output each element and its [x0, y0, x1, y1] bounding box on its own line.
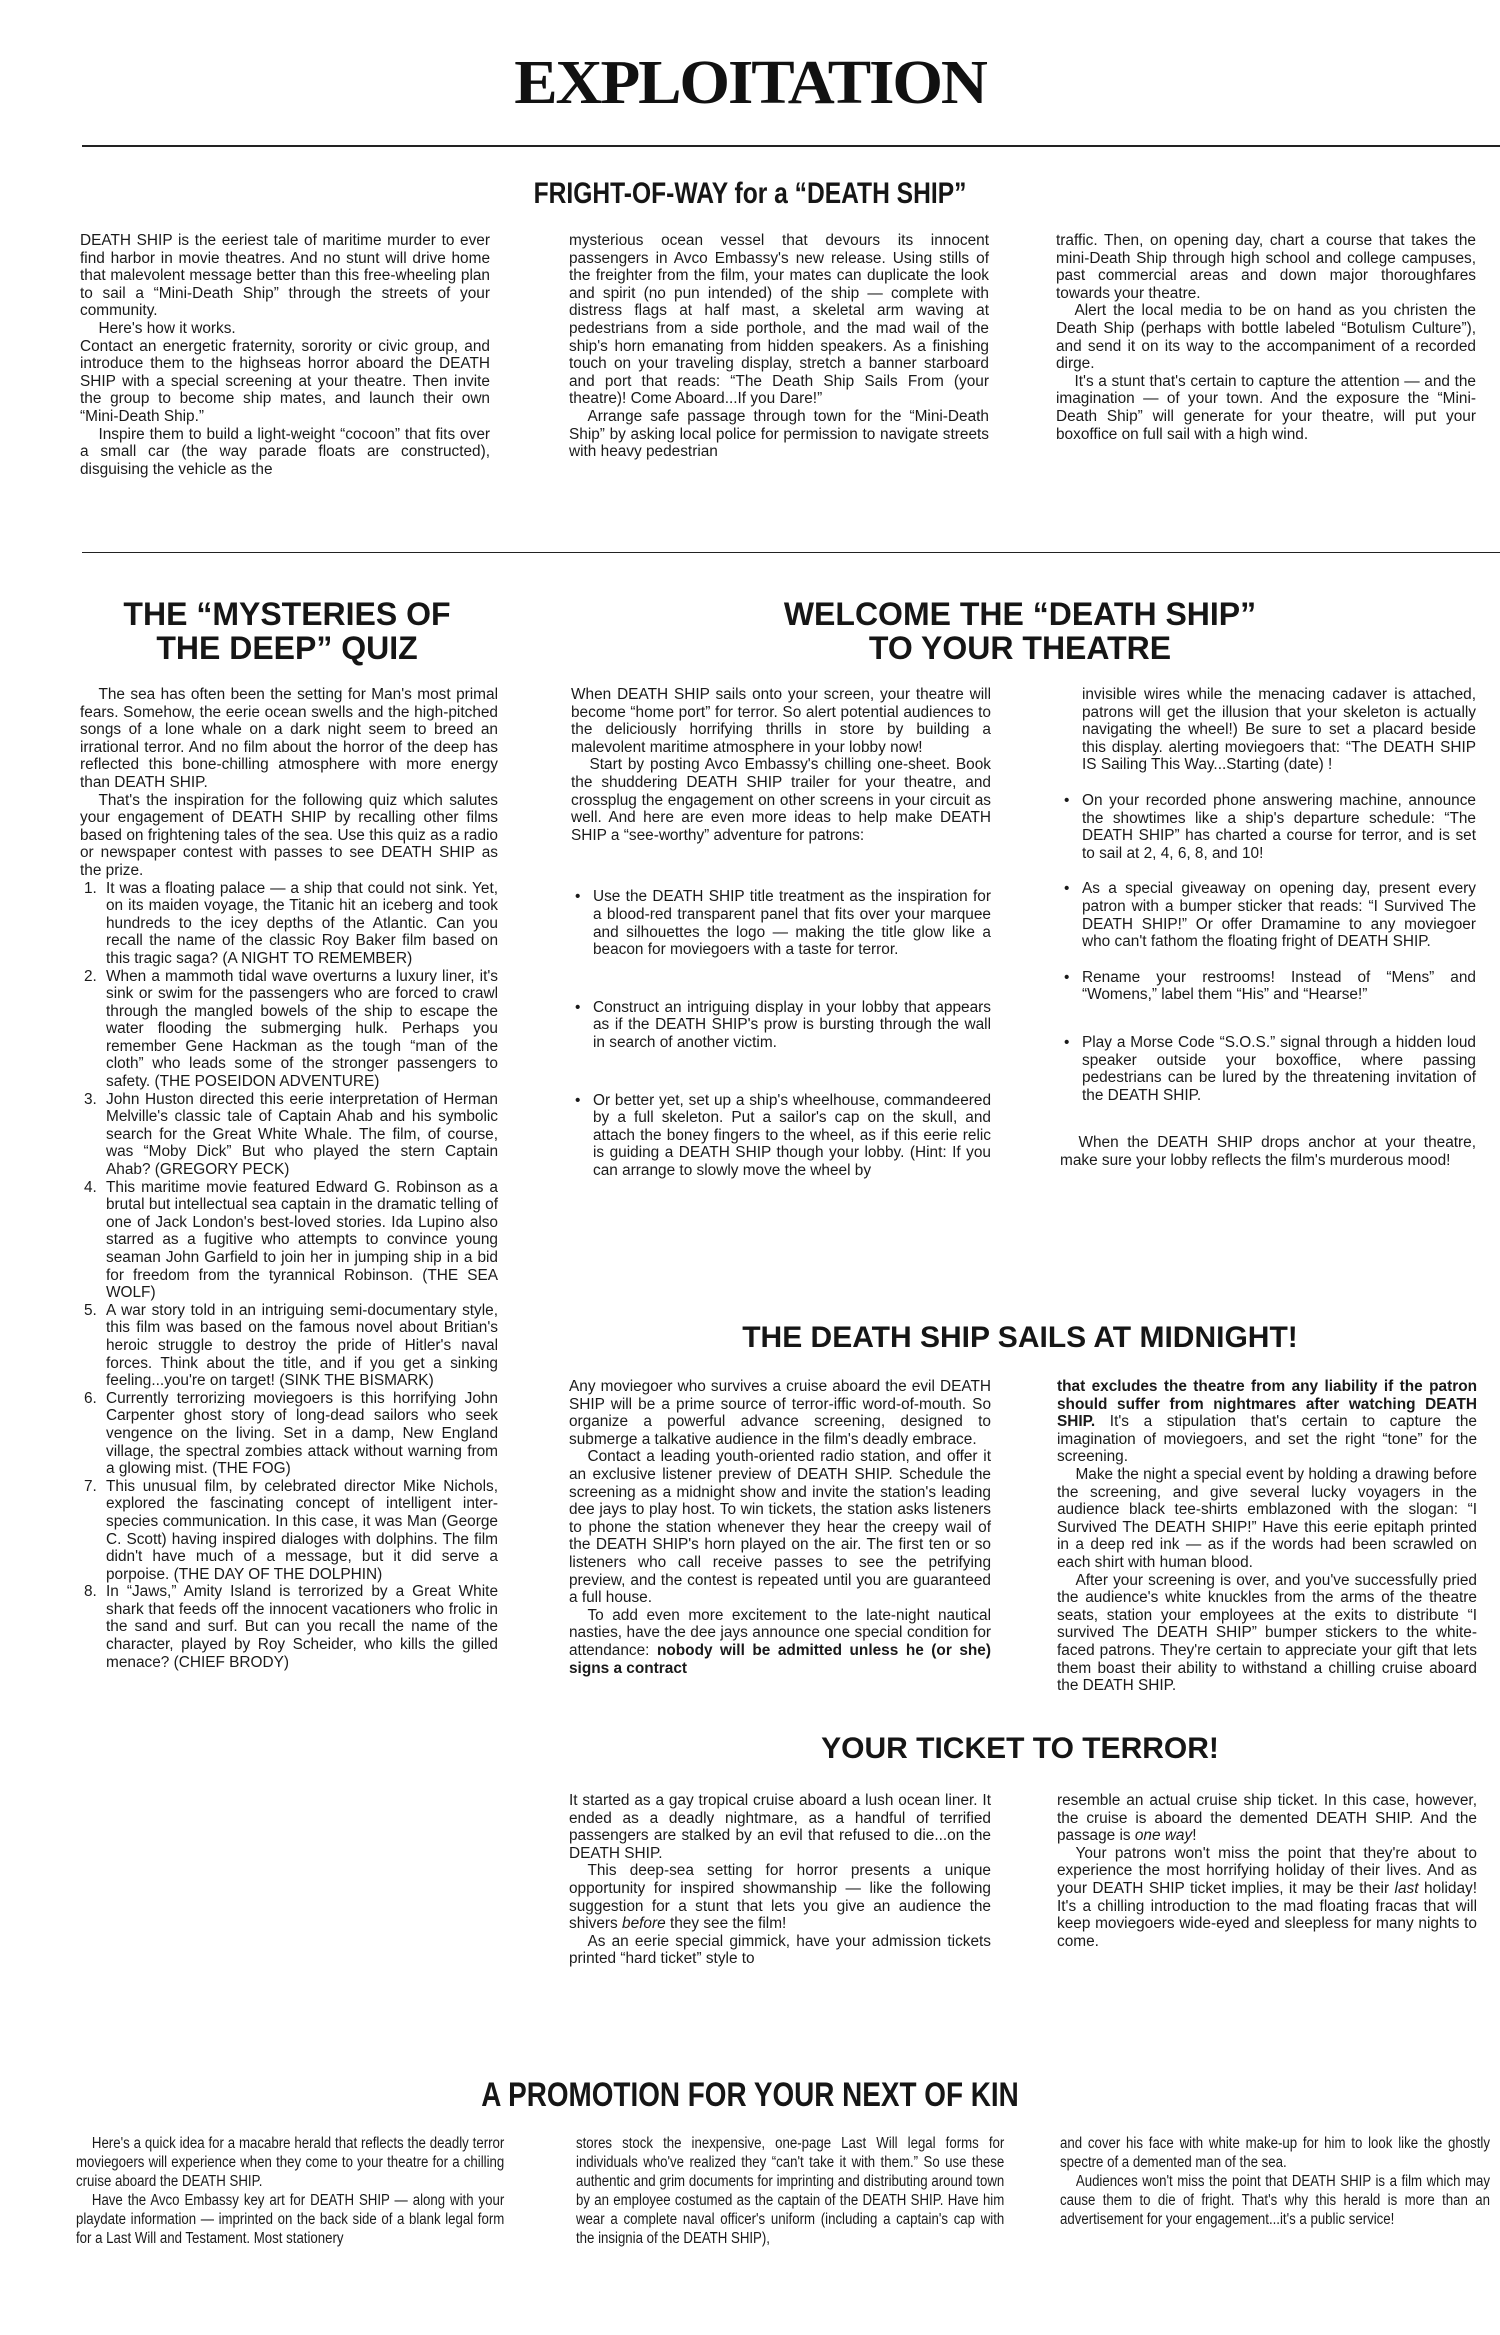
text-run: ! — [1192, 1827, 1196, 1844]
question-number: 2. — [84, 968, 97, 986]
paragraph: That's the inspiration for the following… — [80, 792, 498, 880]
section-title-midnight: THE DEATH SHIP SAILS AT MIDNIGHT! — [570, 1322, 1470, 1354]
section-title-welcome: WELCOME THE “DEATH SHIP” TO YOUR THEATRE — [570, 598, 1470, 665]
question-text: Currently terrorizing moviegoers is this… — [106, 1390, 498, 1477]
paragraph: To add even more excitement to the late-… — [569, 1607, 991, 1677]
section-divider — [82, 552, 1500, 553]
quiz-title-line-2: THE DEEP” QUIZ — [82, 632, 492, 666]
question-number: 3. — [84, 1091, 97, 1109]
bullet-icon: • — [1064, 880, 1069, 898]
paragraph: stores stock the inexpensive, one-page L… — [576, 2134, 1004, 2248]
bullet-item: •Play a Morse Code “S.O.S.” signal throu… — [1060, 1034, 1476, 1104]
paragraph: and cover his face with white make-up fo… — [1060, 2134, 1490, 2172]
ticket-column-2: resemble an actual cruise ship ticket. I… — [1057, 1792, 1477, 1950]
paragraph: invisible wires while the menacing cadav… — [1060, 686, 1476, 774]
paragraph: Have the Avco Embassy key art for DEATH … — [76, 2191, 504, 2248]
quiz-question: 8.In “Jaws,” Amity Island is terrorized … — [80, 1583, 498, 1671]
paragraph: mysterious ocean vessel that devours its… — [569, 232, 989, 408]
paragraph: that excludes the theatre from any liabi… — [1057, 1378, 1477, 1466]
paragraph: It started as a gay tropical cruise aboa… — [569, 1792, 991, 1862]
paragraph: When the DEATH SHIP drops anchor at your… — [1060, 1134, 1476, 1169]
paragraph: Start by posting Avco Embassy's chilling… — [571, 756, 991, 844]
section-title-fright-of-way: FRIGHT-OF-WAY for a “DEATH SHIP” — [381, 178, 1119, 210]
section-title-quiz: THE “MYSTERIES OF THE DEEP” QUIZ — [82, 598, 492, 665]
paragraph: Arrange safe passage through town for th… — [569, 408, 989, 461]
question-number: 5. — [84, 1302, 97, 1320]
paragraph: traffic. Then, on opening day, chart a c… — [1056, 232, 1476, 302]
bullet-text: Play a Morse Code “S.O.S.” signal throug… — [1082, 1034, 1476, 1104]
bullet-item: •Rename your restrooms! Instead of “Mens… — [1060, 969, 1476, 1004]
midnight-column-2: that excludes the theatre from any liabi… — [1057, 1378, 1477, 1695]
fright-column-1: DEATH SHIP is the eeriest tale of mariti… — [80, 232, 490, 478]
quiz-question: 5.A war story told in an intriguing semi… — [80, 1302, 498, 1390]
quiz-column: The sea has often been the setting for M… — [80, 686, 498, 1671]
bullet-item: •Use the DEATH SHIP title treatment as t… — [571, 888, 991, 958]
question-text: A war story told in an intriguing semi-d… — [106, 1302, 498, 1389]
question-number: 6. — [84, 1390, 97, 1408]
paragraph: This deep-sea setting for horror present… — [569, 1862, 991, 1932]
quiz-question: 6.Currently terrorizing moviegoers is th… — [80, 1390, 498, 1478]
quiz-title-line-1: THE “MYSTERIES OF — [82, 598, 492, 632]
kin-column-1: Here's a quick idea for a macabre herald… — [76, 2134, 504, 2248]
kin-column-3: and cover his face with white make-up fo… — [1060, 2134, 1490, 2229]
bullet-item: •Or better yet, set up a ship's wheelhou… — [571, 1092, 991, 1180]
welcome-title-line-2: TO YOUR THEATRE — [570, 632, 1470, 666]
text-run: resemble an actual cruise ship ticket. I… — [1057, 1792, 1477, 1844]
text-run: they see the film! — [666, 1915, 787, 1932]
quiz-question: 7.This unusual film, by celebrated direc… — [80, 1478, 498, 1584]
paragraph: Here's how it works. — [80, 320, 490, 338]
bullet-text: On your recorded phone answering machine… — [1082, 792, 1476, 862]
paragraph: Your patrons won't miss the point that t… — [1057, 1845, 1477, 1951]
paragraph: DEATH SHIP is the eeriest tale of mariti… — [80, 232, 490, 320]
question-text: John Huston directed this eerie interpre… — [106, 1091, 498, 1178]
section-title-next-of-kin: A PROMOTION FOR YOUR NEXT OF KIN — [381, 2078, 1119, 2114]
paragraph: Any moviegoer who survives a cruise aboa… — [569, 1378, 991, 1448]
bullet-icon: • — [1064, 1034, 1069, 1052]
bullet-icon: • — [1064, 969, 1069, 987]
paragraph: Audiences won't miss the point that DEAT… — [1060, 2172, 1490, 2229]
question-text: When a mammoth tidal wave overturns a lu… — [106, 968, 498, 1091]
bullet-text: Use the DEATH SHIP title treatment as th… — [593, 888, 991, 958]
welcome-column-1: When DEATH SHIP sails onto your screen, … — [571, 686, 991, 1179]
bullet-icon: • — [575, 999, 580, 1017]
bullet-text: Or better yet, set up a ship's wheelhous… — [593, 1092, 991, 1179]
welcome-column-2: invisible wires while the menacing cadav… — [1060, 686, 1476, 1169]
text-run: It's a stipulation that's certain to cap… — [1057, 1413, 1477, 1465]
question-text: This maritime movie featured Edward G. R… — [106, 1179, 498, 1302]
bullet-text: Rename your restrooms! Instead of “Mens”… — [1082, 969, 1476, 1004]
midnight-column-1: Any moviegoer who survives a cruise aboa… — [569, 1378, 991, 1677]
paragraph: Alert the local media to be on hand as y… — [1056, 302, 1476, 372]
paragraph: Here's a quick idea for a macabre herald… — [76, 2134, 504, 2191]
question-number: 7. — [84, 1478, 97, 1496]
paragraph: Contact an energetic fraternity, sororit… — [80, 338, 490, 426]
welcome-title-line-1: WELCOME THE “DEATH SHIP” — [570, 598, 1470, 632]
bullet-icon: • — [575, 1092, 580, 1110]
bullet-text: As a special giveaway on opening day, pr… — [1082, 880, 1476, 950]
quiz-question: 3.John Huston directed this eerie interp… — [80, 1091, 498, 1179]
paragraph: As an eerie special gimmick, have your a… — [569, 1933, 991, 1968]
paragraph: After your screening is over, and you've… — [1057, 1572, 1477, 1695]
italic-text-run: last — [1395, 1880, 1419, 1897]
quiz-question: 1.It was a floating palace — a ship that… — [80, 880, 498, 968]
fright-column-3: traffic. Then, on opening day, chart a c… — [1056, 232, 1476, 443]
masthead-title: EXPLOITATION — [0, 48, 1500, 119]
paragraph: Inspire them to build a light-weight “co… — [80, 426, 490, 479]
question-text: This unusual film, by celebrated directo… — [106, 1478, 498, 1583]
bullet-item: •As a special giveaway on opening day, p… — [1060, 880, 1476, 950]
bullet-text: Construct an intriguing display in your … — [593, 999, 991, 1051]
section-title-ticket: YOUR TICKET TO TERROR! — [570, 1733, 1470, 1765]
italic-text-run: before — [622, 1915, 666, 1932]
quiz-question: 4.This maritime movie featured Edward G.… — [80, 1179, 498, 1302]
italic-text-run: one way — [1135, 1827, 1192, 1844]
paragraph: It's a stunt that's certain to capture t… — [1056, 373, 1476, 443]
paragraph: Make the night a special event by holdin… — [1057, 1466, 1477, 1572]
question-number: 8. — [84, 1583, 97, 1601]
fright-column-2: mysterious ocean vessel that devours its… — [569, 232, 989, 461]
question-text: It was a floating palace — a ship that c… — [106, 880, 498, 967]
paragraph: The sea has often been the setting for M… — [80, 686, 498, 792]
paragraph: When DEATH SHIP sails onto your screen, … — [571, 686, 991, 756]
bullet-item: •On your recorded phone answering machin… — [1060, 792, 1476, 862]
question-text: In “Jaws,” Amity Island is terrorized by… — [106, 1583, 498, 1670]
question-number: 4. — [84, 1179, 97, 1197]
ticket-column-1: It started as a gay tropical cruise aboa… — [569, 1792, 991, 1968]
quiz-question: 2.When a mammoth tidal wave overturns a … — [80, 968, 498, 1091]
kin-column-2: stores stock the inexpensive, one-page L… — [576, 2134, 1004, 2248]
masthead-divider — [82, 145, 1500, 147]
quiz-questions: 1.It was a floating palace — a ship that… — [80, 880, 498, 1672]
bullet-item: •Construct an intriguing display in your… — [571, 999, 991, 1052]
question-number: 1. — [84, 880, 97, 898]
paragraph: resemble an actual cruise ship ticket. I… — [1057, 1792, 1477, 1845]
bullet-icon: • — [575, 888, 580, 906]
bullet-icon: • — [1064, 792, 1069, 810]
paragraph: Contact a leading youth-oriented radio s… — [569, 1448, 991, 1606]
